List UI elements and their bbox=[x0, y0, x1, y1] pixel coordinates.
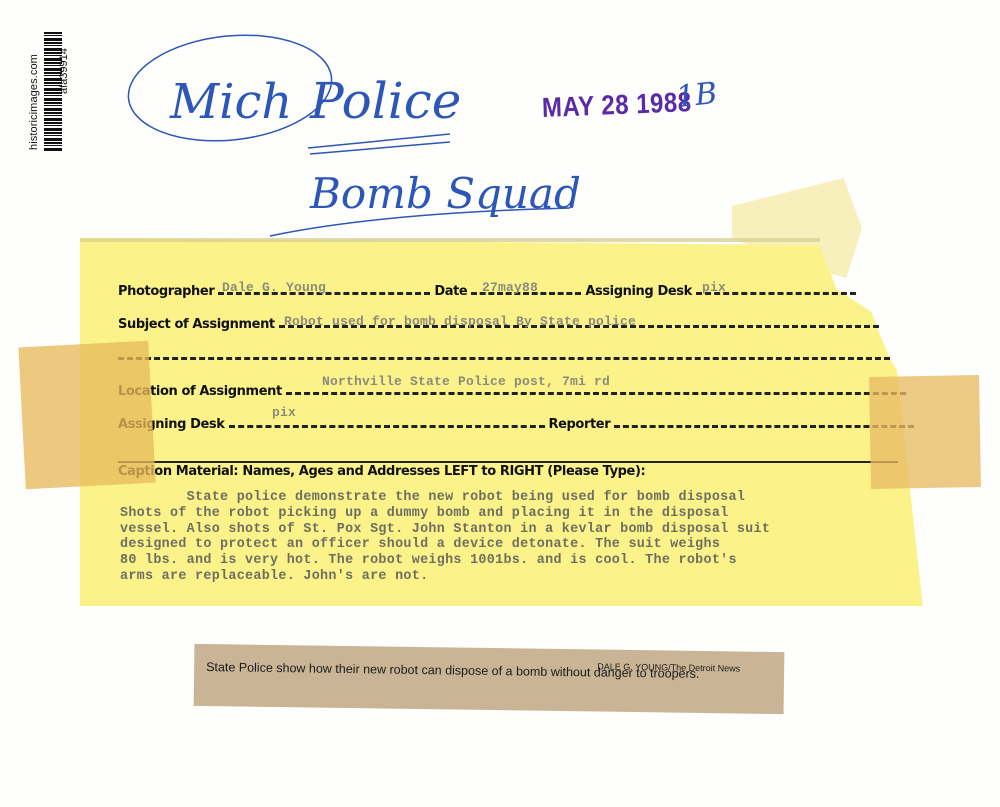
caption-body: State police demonstrate the new robot b… bbox=[120, 490, 770, 585]
received-date-stamp: MAY 28 1988 bbox=[542, 87, 693, 125]
masking-tape-right bbox=[869, 375, 981, 489]
handwriting-police: Police bbox=[309, 72, 461, 130]
photographer-value: Dale G. Young bbox=[222, 280, 326, 295]
handwriting-bomb-squad: Bomb Squad bbox=[309, 169, 581, 218]
assigning-desk-reporter-row: Assigning Desk Reporter bbox=[118, 416, 918, 432]
caption-line: arms are replaceable. John's are not. bbox=[120, 569, 770, 585]
handwritten-page-note: 1B bbox=[674, 76, 719, 115]
subject-label: Subject of Assignment bbox=[118, 317, 275, 332]
caption-line: designed to protect an officer should a … bbox=[120, 537, 770, 553]
watermark-id: afa39914 bbox=[58, 48, 70, 94]
caption-line: State police demonstrate the new robot b… bbox=[120, 490, 770, 506]
caption-line: Shots of the robot picking up a dummy bo… bbox=[120, 506, 770, 522]
card-top-edge bbox=[80, 238, 820, 242]
assigning-desk-value: pix bbox=[702, 280, 726, 295]
caption-line: 80 lbs. and is very hot. The robot weigh… bbox=[120, 553, 770, 569]
caption-header: Caption Material: Names, Ages and Addres… bbox=[118, 464, 645, 479]
subject-continuation-row bbox=[118, 348, 894, 360]
assigning-desk-label: Assigning Desk bbox=[585, 284, 692, 299]
subject-value: Robot used for bomb disposal By State po… bbox=[284, 314, 636, 329]
date-value: 27may88 bbox=[482, 280, 538, 295]
date-label: Date bbox=[434, 284, 467, 299]
photographer-label: Photographer bbox=[118, 284, 214, 299]
caption-line: vessel. Also shots of St. Pox Sgt. John … bbox=[120, 522, 770, 538]
masking-tape-left bbox=[18, 341, 155, 490]
caption-divider bbox=[118, 461, 898, 463]
assigning-desk-value-2: pix bbox=[272, 405, 296, 420]
handwriting-mich: Mich bbox=[169, 74, 292, 130]
watermark-site: historicimages.com bbox=[28, 54, 40, 150]
newspaper-clipping: DALE G. YOUNG/The Detroit News State Pol… bbox=[194, 644, 785, 714]
reporter-label: Reporter bbox=[549, 417, 611, 432]
handwritten-notes: Mich Police Bomb Squad bbox=[120, 8, 590, 248]
location-value: Northville State Police post, 7mi rd bbox=[322, 374, 610, 389]
photo-back-document: historicimages.com afa39914 Mich Police … bbox=[0, 0, 1000, 807]
